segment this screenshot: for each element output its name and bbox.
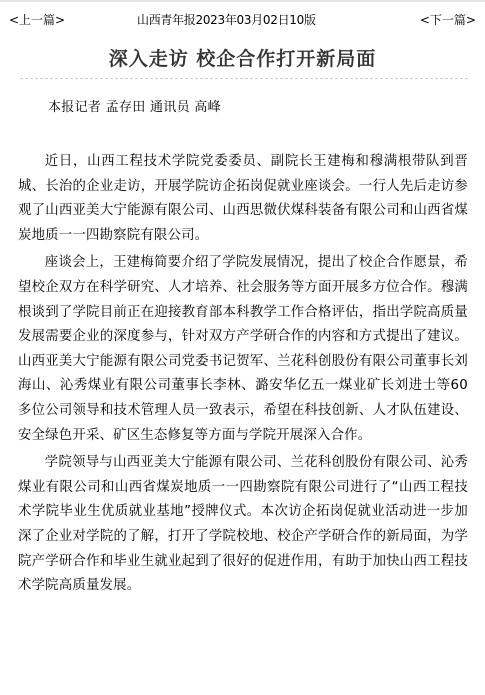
article-paragraph: 学院领导与山西亚美大宁能源有限公司、兰花科创股份有限公司、沁秀煤业有限公司和山西… <box>18 451 468 599</box>
article-byline: 本报记者 孟存田 通讯员 高峰 <box>48 98 221 118</box>
article-nav: <上一篇> 山西青年报2023年03月02日10版 <下一篇> <box>0 11 485 29</box>
article-paragraph: 近日，山西工程技术学院党委委员、副院长王建梅和穆满根带队到晋城、长治的企业走访，… <box>18 150 468 248</box>
newspaper-source: 山西青年报2023年03月02日10版 <box>137 11 316 29</box>
article-body: 近日，山西工程技术学院党委委员、副院长王建梅和穆满根带队到晋城、长治的企业走访，… <box>18 150 468 602</box>
title-divider <box>20 78 468 79</box>
article-paragraph: 座谈会上，王建梅简要介绍了学院发展情况，提出了校企合作愿景，希望校企双方在科学研… <box>18 251 468 448</box>
article-title: 深入走访 校企合作打开新局面 <box>0 47 485 71</box>
previous-article-link[interactable]: <上一篇> <box>9 11 65 29</box>
next-article-link[interactable]: <下一篇> <box>420 11 476 29</box>
